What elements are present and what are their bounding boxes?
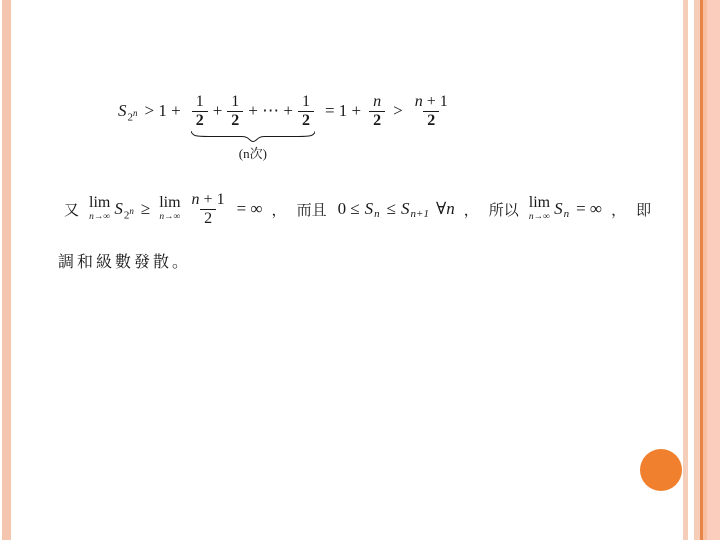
plus-operator: + — [213, 101, 223, 121]
series-symbol: S — [114, 199, 123, 219]
underbrace-icon — [191, 131, 315, 142]
formula-line-2: 又 lim n→∞ S2n ≥ lim n→∞ n + 1 2 = ∞ ， 而且… — [58, 191, 657, 227]
equals-infinity: = ∞ — [237, 199, 263, 219]
limit-subscript: n→∞ — [89, 213, 110, 223]
relation-leq: ≤ — [387, 199, 396, 219]
series-symbol: S — [365, 199, 374, 219]
limit-operator: lim n→∞ — [159, 195, 180, 223]
limit-subscript: n→∞ — [159, 213, 180, 223]
left-accent-stripe — [2, 0, 11, 540]
underbrace-label: (n次) — [239, 143, 267, 162]
fraction-one-half: 1 2 — [298, 93, 314, 129]
series-symbol: S — [118, 101, 127, 121]
subscript-exponent: n — [133, 108, 138, 118]
equals-infinity: = ∞ — [576, 199, 602, 219]
conclusion-text: 調和級數發散。 — [58, 249, 191, 272]
relation-gt: > — [393, 101, 403, 121]
cjk-comma: ， — [272, 199, 287, 220]
fraction-n-plus-1-over-2: n + 1 2 — [411, 93, 452, 129]
text-again: 又 — [64, 199, 79, 220]
right-accent-stripe-5 — [707, 0, 720, 540]
fraction-one-half: 1 2 — [192, 93, 208, 129]
limit-operator: lim n→∞ — [529, 195, 550, 223]
text-moreover: 而且 — [297, 199, 327, 220]
equals-one-plus: = 1 + — [325, 101, 361, 121]
text-therefore: 所以 — [489, 199, 519, 220]
series-symbol: S — [401, 199, 410, 219]
zero-leq: 0 ≤ — [338, 199, 360, 219]
relation-geq: ≥ — [141, 199, 150, 219]
limit-subscript: n→∞ — [529, 213, 550, 223]
series-subscript: 2n — [124, 206, 134, 222]
forall-n: ∀n — [436, 199, 455, 219]
series-symbol: S — [554, 199, 563, 219]
cjk-comma: ， — [464, 199, 479, 220]
subscript-n-plus-1: n+1 — [411, 208, 429, 220]
limit-operator: lim n→∞ — [89, 195, 110, 223]
formula-line-1: S2n > 1 + 1 2 + 1 2 + ⋯ + 1 2 (n次) = 1 + — [118, 93, 455, 129]
presentation-slide: S2n > 1 + 1 2 + 1 2 + ⋯ + 1 2 (n次) = 1 + — [0, 0, 720, 540]
fraction-n-over-2: n 2 — [369, 93, 385, 129]
subscript-n: n — [374, 208, 380, 220]
fraction-one-half: 1 2 — [227, 93, 243, 129]
relation-gt-1-plus: > 1 + — [145, 101, 181, 121]
subscript-n: n — [564, 208, 570, 220]
right-accent-stripe-1 — [683, 0, 688, 540]
fraction-n-plus-1-over-2: n + 1 2 — [188, 191, 229, 227]
cjk-comma: ， — [611, 199, 626, 220]
cdots-operator: + ⋯ + — [248, 101, 293, 121]
underbrace-group: 1 2 + 1 2 + ⋯ + 1 2 (n次) — [189, 93, 317, 129]
text-thus: 即 — [636, 199, 651, 220]
series-subscript: 2n — [128, 108, 138, 124]
decorative-circle — [640, 449, 682, 491]
